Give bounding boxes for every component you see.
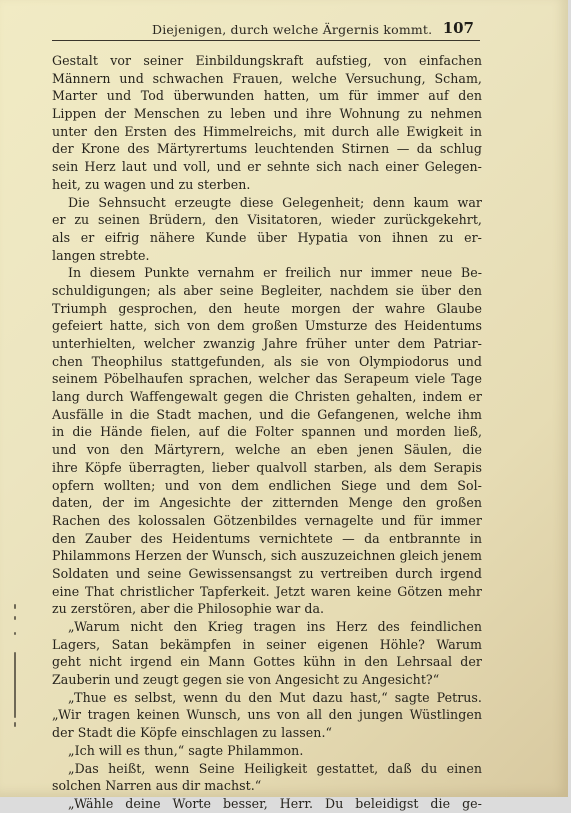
- text-line: in die Hände fielen, auf die Folter span…: [52, 423, 482, 441]
- text-line: Die Sehnsucht erzeugte diese Gelegenheit…: [52, 194, 482, 212]
- text-line: In diesem Punkte vernahm er freilich nur…: [52, 264, 482, 282]
- body-text: Gestalt vor seiner Einbildungskraft aufs…: [52, 52, 482, 799]
- text-line: Männern und schwachen Frauen, welche Ver…: [52, 70, 482, 88]
- text-line: Lippen der Menschen zu leben und ihre Wo…: [52, 105, 482, 123]
- page-header: Diejenigen, durch welche Ärgernis kommt.…: [52, 18, 480, 41]
- page-number: 107: [443, 19, 474, 37]
- text-line: „Wähle deine Worte besser, Herr. Du bele…: [52, 795, 482, 799]
- text-line: gefeiert hatte, sich von dem großen Umst…: [52, 317, 482, 335]
- text-line: langen strebte.: [52, 247, 482, 265]
- text-line: „Wir tragen keinen Wunsch, uns von all d…: [52, 706, 482, 724]
- text-line: seinem Pöbelhaufen sprachen, welcher das…: [52, 370, 482, 388]
- text-line: Gestalt vor seiner Einbildungskraft aufs…: [52, 52, 482, 70]
- text-line: er zu seinen Brüdern, den Visitatoren, w…: [52, 211, 482, 229]
- text-line: Zauberin und zeugt gegen sie von Angesic…: [52, 671, 482, 689]
- text-line: Marter und Tod überwunden hatten, um für…: [52, 87, 482, 105]
- text-line: „Thue es selbst, wenn du den Mut dazu ha…: [52, 689, 482, 707]
- running-title: Diejenigen, durch welche Ärgernis kommt.: [152, 22, 432, 37]
- text-line: eine That christlicher Tapferkeit. Jetzt…: [52, 583, 482, 601]
- text-line: geht nicht irgend ein Mann Gottes kühn i…: [52, 653, 482, 671]
- text-line: Triumph gesprochen, den heute morgen der…: [52, 300, 482, 318]
- text-line: lang durch Waffengewalt gegen die Christ…: [52, 388, 482, 406]
- book-page: Diejenigen, durch welche Ärgernis kommt.…: [0, 0, 568, 797]
- text-line: und von den Märtyrern, welche an eben je…: [52, 441, 482, 459]
- text-line: opfern wollten; und von dem endlichen Si…: [52, 477, 482, 495]
- text-line: Ausfälle in die Stadt machen, und die Ge…: [52, 406, 482, 424]
- text-line: als er eifrig nähere Kunde über Hypatia …: [52, 229, 482, 247]
- text-line: chen Theophilus stattgefunden, als sie v…: [52, 353, 482, 371]
- text-line: der Stadt die Köpfe einschlagen zu lasse…: [52, 724, 482, 742]
- text-line: „Warum nicht den Krieg tragen ins Herz d…: [52, 618, 482, 636]
- text-line: unterhielten, welcher zwanzig Jahre früh…: [52, 335, 482, 353]
- text-line: schuldigungen; als aber seine Begleiter,…: [52, 282, 482, 300]
- text-line: Philammons Herzen der Wunsch, sich auszu…: [52, 547, 482, 565]
- text-line: „Ich will es thun,“ sagte Philammon.: [52, 742, 482, 760]
- text-line: ihre Köpfe überragten, lieber qualvoll s…: [52, 459, 482, 477]
- text-line: Rachen des kolossalen Götzenbildes verna…: [52, 512, 482, 530]
- text-line: der Krone des Märtyrertums leuchtenden S…: [52, 140, 482, 158]
- text-line: Soldaten und seine Gewissensangst zu ver…: [52, 565, 482, 583]
- text-line: zu zerstören, aber die Philosophie war d…: [52, 600, 482, 618]
- text-line: daten, der im Angesichte der zitternden …: [52, 494, 482, 512]
- text-line: Lagers, Satan bekämpfen in seiner eigene…: [52, 636, 482, 654]
- text-line: „Das heißt, wenn Seine Heiligkeit gestat…: [52, 760, 482, 778]
- margin-pencil-marks: [14, 604, 18, 734]
- text-line: unter den Ersten des Himmelreichs, mit d…: [52, 123, 482, 141]
- text-line: sein Herz laut und voll, und er sehnte s…: [52, 158, 482, 176]
- text-line: heit, zu wagen und zu sterben.: [52, 176, 482, 194]
- text-line: solchen Narren aus dir machst.“: [52, 777, 482, 795]
- text-line: den Zauber des Heidentums vernichtete — …: [52, 530, 482, 548]
